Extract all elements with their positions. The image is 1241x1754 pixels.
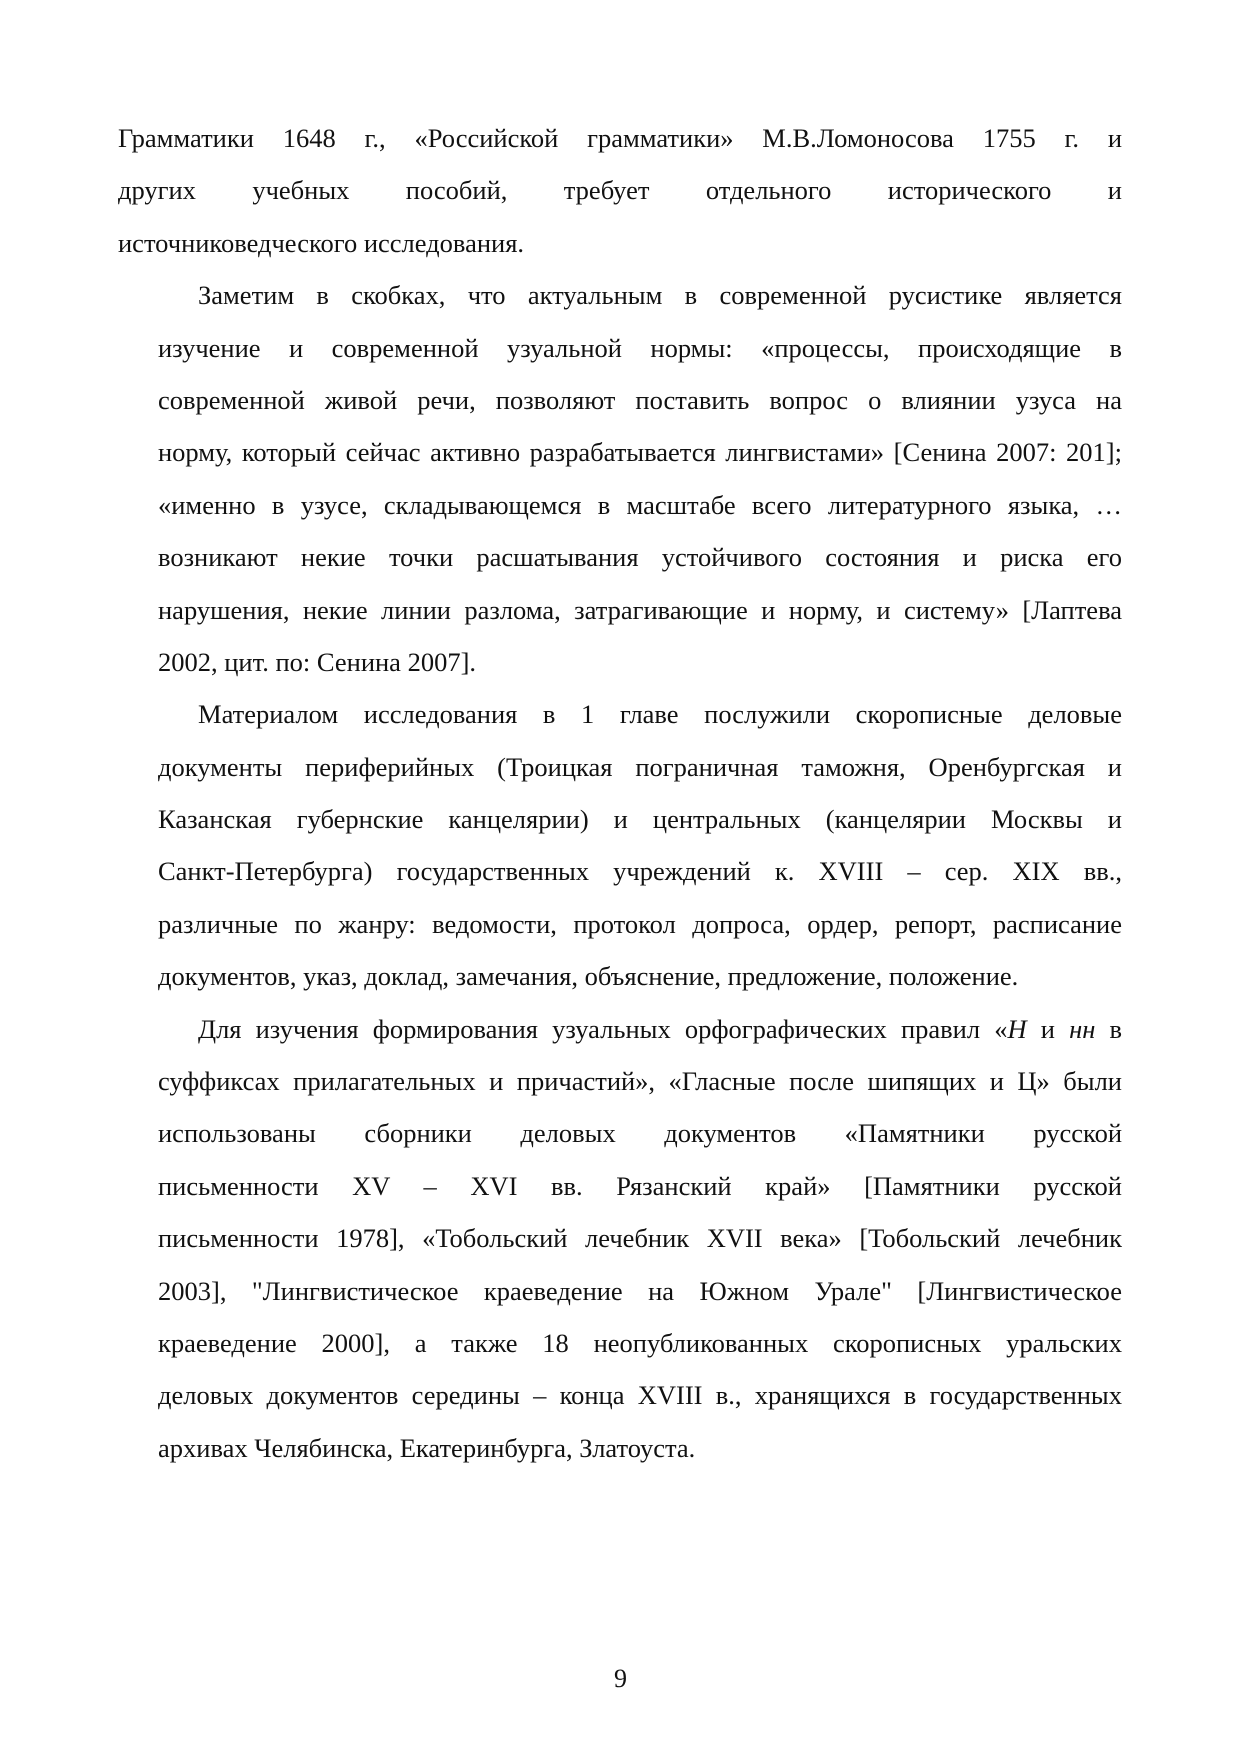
text-line: Заметим в скобках, что актуальным в совр… [118, 269, 1122, 321]
text-line: норму, который сейчас активно разрабатыв… [118, 426, 1122, 478]
paragraph-continuation: Грамматики 1648 г., «Российской граммати… [118, 112, 1122, 269]
text-line: возникают некие точки расшатывания устой… [118, 531, 1122, 583]
text-line: краеведение 2000], а также 18 неопублико… [118, 1317, 1122, 1369]
body-text: Грамматики 1648 г., «Российской граммати… [118, 112, 1122, 1474]
text-line: Грамматики 1648 г., «Российской граммати… [118, 112, 1122, 164]
paragraph-sources: Для изучения формирования узуальных орфо… [118, 1003, 1122, 1475]
paragraph-usus-norm: Заметим в скобках, что актуальным в совр… [118, 269, 1122, 688]
document-page: Грамматики 1648 г., «Российской граммати… [0, 0, 1241, 1754]
italic-term: нн [1069, 1014, 1095, 1044]
text-line: 2003], "Лингвистическое краеведение на Ю… [118, 1265, 1122, 1317]
text-line-with-italics: Для изучения формирования узуальных орфо… [118, 1003, 1122, 1055]
text-line: документов, указ, доклад, замечания, объ… [118, 950, 1122, 1002]
text-line: архивах Челябинска, Екатеринбурга, Злато… [118, 1422, 1122, 1474]
text-line: письменности XV – XVI вв. Рязанский край… [118, 1160, 1122, 1212]
text-line: использованы сборники деловых документов… [118, 1107, 1122, 1159]
text-line: «именно в узусе, складывающемся в масшта… [118, 479, 1122, 531]
text-line: других учебных пособий, требует отдельно… [118, 164, 1122, 216]
text-line: Казанская губернские канцелярии) и центр… [118, 793, 1122, 845]
text-line: изучение и современной узуальной нормы: … [118, 322, 1122, 374]
page-number: 9 [0, 1664, 1241, 1694]
text-line: Санкт-Петербурга) государственных учрежд… [118, 845, 1122, 897]
text-line: источниковедческого исследования. [118, 217, 1122, 269]
paragraph-material: Материалом исследования в 1 главе послуж… [118, 688, 1122, 1002]
text-line: нарушения, некие линии разлома, затрагив… [118, 584, 1122, 636]
text-line: современной живой речи, позволяют постав… [118, 374, 1122, 426]
text-line: Материалом исследования в 1 главе послуж… [118, 688, 1122, 740]
italic-term: Н [1007, 1014, 1026, 1044]
text-line: суффиксах прилагательных и причастий», «… [118, 1055, 1122, 1107]
text-line: деловых документов середины – конца XVII… [118, 1369, 1122, 1421]
text-line: 2002, цит. по: Сенина 2007]. [118, 636, 1122, 688]
text-line: письменности 1978], «Тобольский лечебник… [118, 1212, 1122, 1264]
text-line: документы периферийных (Троицкая пограни… [118, 741, 1122, 793]
text-line: различные по жанру: ведомости, протокол … [118, 898, 1122, 950]
